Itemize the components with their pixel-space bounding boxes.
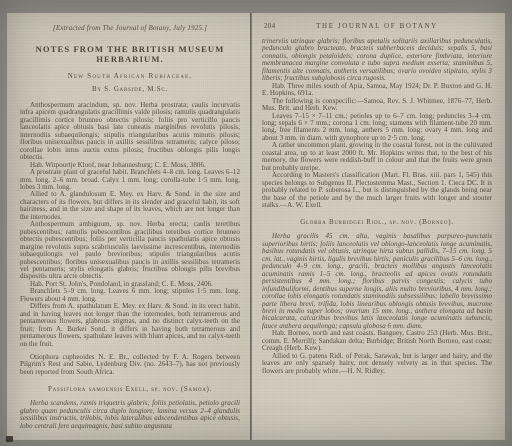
right-page: 204 THE JOURNAL OF BOTANY trinerviis utr… xyxy=(252,13,505,440)
article-subtitle: New South African Rubiaceae. xyxy=(20,72,240,80)
species-description-passiflora-start: Herba scandens, ramis triquetris glabris… xyxy=(20,400,240,430)
article-byline: By S. Garside, M.Sc. xyxy=(20,86,240,93)
affinity-paragraph-1: Allied to A. glandulosum E. Mey. ex Harv… xyxy=(20,191,240,221)
left-page: [Extracted from The Journal of Botany, J… xyxy=(7,13,250,440)
habitat-note-apia: Hab. Three miles south of Apia, Samoa, M… xyxy=(262,83,492,98)
scanned-journal-spread: [Extracted from The Journal of Botany, J… xyxy=(0,0,512,446)
running-head: THE JOURNAL OF BOTANY xyxy=(316,22,438,30)
measurements-paragraph-passiflora: Leaves 7–15 × 7–11 cm.; petioles up to 6… xyxy=(262,113,492,143)
species-heading-globba: Globba Burbidgei Ridl., sp. nov. (Borneo… xyxy=(262,218,492,226)
species-description-anthospermum-1: Anthospermum aracindum, sp. nov. Herba p… xyxy=(20,102,240,162)
otiophora-record-note: Otiophora cupheoides N. E. Br., collecte… xyxy=(20,354,240,376)
page-number: 204 xyxy=(264,22,275,30)
species-description-globba: Herba gracilis 45 cm. alta, vaginis basa… xyxy=(262,233,492,330)
extraction-note: [Extracted from The Journal of Botany, J… xyxy=(20,24,240,32)
classification-paragraph: According to Masters's classification (M… xyxy=(262,172,492,209)
affinity-paragraph-2: Differs from A. spathulatum E. Mey. ex H… xyxy=(20,303,240,348)
conspecific-note: The following is conspecific:—Samoa, Rev… xyxy=(262,98,492,113)
species-heading-passiflora: Passiflora samoensis Exell, sp. nov. (Sa… xyxy=(20,385,240,393)
scan-ink-speck xyxy=(6,436,13,442)
species-description-passiflora-continued: trinerviis utrinque glabris; floribus ap… xyxy=(262,38,492,83)
species-description-anthospermum-2: Anthospermum ambiguum, sp. nov. Herba er… xyxy=(20,221,240,281)
article-title: NOTES FROM THE BRITISH MUSEUM HERBARIUM. xyxy=(20,44,240,64)
habitat-note-borneo: Hab. Borneo, north and east coasts. Bang… xyxy=(262,330,492,352)
page-header: 204 THE JOURNAL OF BOTANY xyxy=(262,22,492,30)
field-notes-paragraph: A rather uncommon plant, growing in the … xyxy=(262,142,492,172)
measurements-paragraph-2: Branchlets 5–9 cm. long. Leaves 6 mm. lo… xyxy=(20,288,240,303)
measurements-paragraph-1: A prostrate plant of graceful habit. Bra… xyxy=(20,169,240,191)
affinity-paragraph-globba: Allied to G. patens Ridl. of Perak, Sara… xyxy=(262,353,492,375)
